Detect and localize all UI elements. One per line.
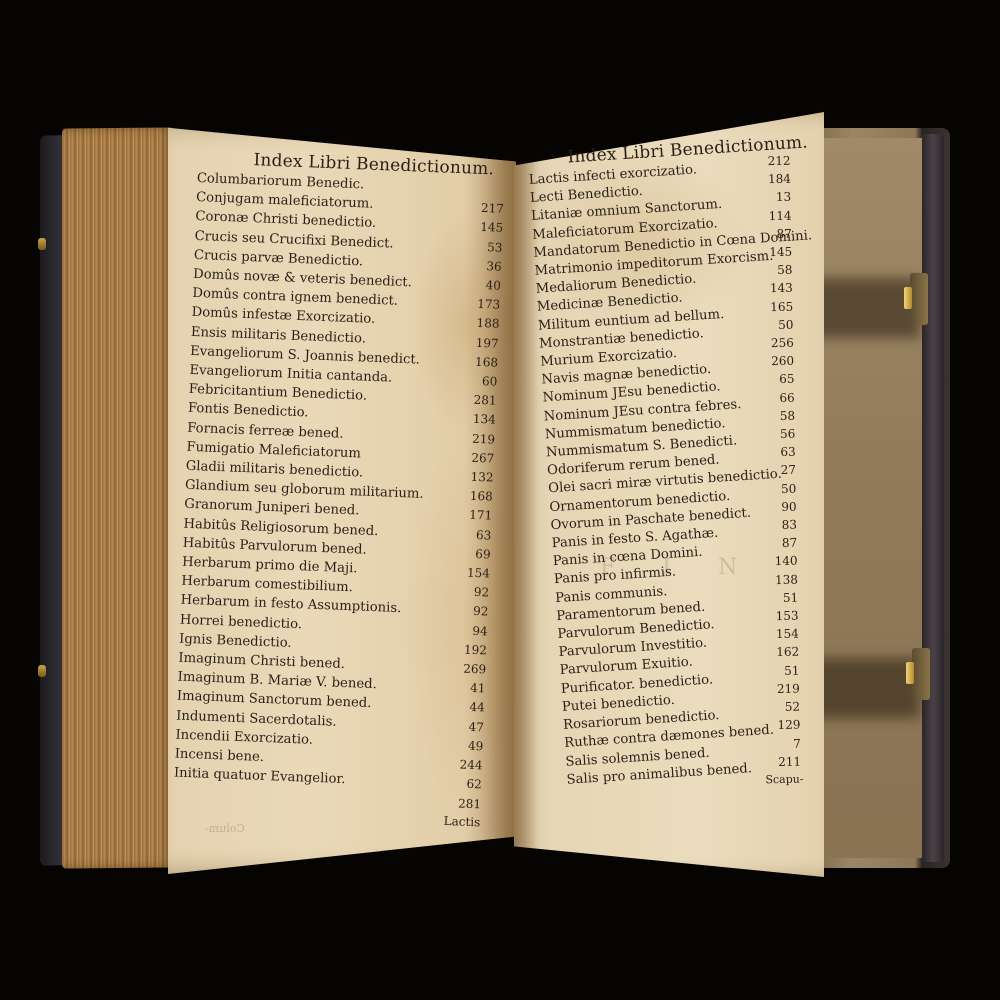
page-number: 87 xyxy=(756,225,792,244)
page-number: 281 xyxy=(457,794,482,813)
page-number: 52 xyxy=(764,698,800,717)
page-number: 13 xyxy=(755,188,791,207)
page-number: 197 xyxy=(474,333,499,352)
page-number: 145 xyxy=(756,243,792,262)
page-number: 92 xyxy=(465,583,490,602)
page-number: 51 xyxy=(763,661,799,680)
page-number: 168 xyxy=(468,487,493,506)
page-number: 69 xyxy=(466,544,491,563)
page-number: 87 xyxy=(761,534,797,553)
show-through-text: Colum- xyxy=(205,822,245,835)
page-number: 7 xyxy=(765,734,801,753)
page-number: 134 xyxy=(471,410,496,429)
page-number: 212 xyxy=(754,152,790,171)
book-photograph: Colum- F I N Index Libri Benedictionum. … xyxy=(0,0,1000,1000)
left-page-text: Index Libri Benedictionum. Columbariorum… xyxy=(172,148,506,831)
pastedown xyxy=(818,138,926,858)
page-number: 154 xyxy=(466,564,491,583)
page-number: 138 xyxy=(762,570,798,589)
page-number: 65 xyxy=(758,370,794,389)
page-number: 256 xyxy=(758,334,794,353)
page-number: 269 xyxy=(462,660,487,679)
clasp-pin xyxy=(38,238,46,250)
catchword: Lactis xyxy=(443,812,480,832)
page-number: 83 xyxy=(761,516,797,535)
page-number: 219 xyxy=(471,429,496,448)
page-number: 165 xyxy=(757,297,793,316)
page-number: 219 xyxy=(764,680,800,699)
page-number: 41 xyxy=(461,679,486,698)
catchword: Scapu- xyxy=(765,771,801,790)
brass-clasp xyxy=(910,273,928,325)
page-number: 94 xyxy=(463,621,488,640)
clasp-pin xyxy=(38,665,46,677)
page-number: 168 xyxy=(474,353,499,372)
page-number: 63 xyxy=(760,443,796,462)
page-number: 132 xyxy=(469,468,494,487)
page-number: 58 xyxy=(756,261,792,280)
page-number: 58 xyxy=(759,407,795,426)
page-number: 62 xyxy=(457,775,482,794)
page-edges xyxy=(62,127,174,868)
page-number: 50 xyxy=(757,316,793,335)
page-number: 51 xyxy=(762,589,798,608)
page-number: 281 xyxy=(472,391,497,410)
page-number: 114 xyxy=(755,206,791,225)
page-number: 143 xyxy=(757,279,793,298)
page-number: 192 xyxy=(463,640,488,659)
page-number: 92 xyxy=(464,602,489,621)
cover-edge-leather xyxy=(922,134,944,862)
page-number: 50 xyxy=(760,479,796,498)
page-number: 260 xyxy=(758,352,794,371)
page-number: 154 xyxy=(763,625,799,644)
page-number: 153 xyxy=(762,607,798,626)
page-number: 47 xyxy=(460,717,485,736)
page-number: 171 xyxy=(468,506,493,525)
page-number: 53 xyxy=(478,237,503,256)
page-number: 267 xyxy=(470,449,495,468)
page-number: 27 xyxy=(760,461,796,480)
page-number: 211 xyxy=(765,752,801,771)
brass-clasp xyxy=(912,648,930,700)
page-number: 63 xyxy=(467,525,492,544)
page-number: 129 xyxy=(764,716,800,735)
page-number: 162 xyxy=(763,643,799,662)
page-number: 40 xyxy=(477,276,502,295)
page-number: 56 xyxy=(759,425,795,444)
page-number: 145 xyxy=(479,218,504,237)
page-number: 244 xyxy=(458,756,483,775)
page-number: 49 xyxy=(459,736,484,755)
page-number: 184 xyxy=(755,170,791,189)
page-number: 44 xyxy=(460,698,485,717)
page-number: 90 xyxy=(760,498,796,517)
page-number: 188 xyxy=(475,314,500,333)
page-number: 173 xyxy=(476,295,501,314)
page-number: 217 xyxy=(480,199,505,218)
page-number: 36 xyxy=(477,257,502,276)
page-number: 66 xyxy=(759,388,795,407)
page-number: 140 xyxy=(761,552,797,571)
page-number: 60 xyxy=(473,372,498,391)
index-list: Columbariorum Benedic. Conjugam malefici… xyxy=(172,170,505,831)
